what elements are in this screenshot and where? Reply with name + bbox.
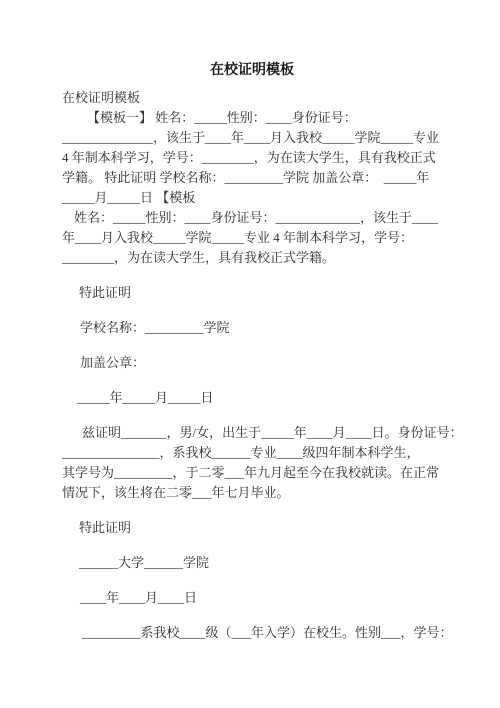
doc-line: 其学号为_________，于二零___年九月起至今在我校就读。在正常 bbox=[62, 463, 442, 483]
doc-line: ________，为在读大学生，具有我校正式学籍。 bbox=[62, 248, 442, 268]
university-college-line: ______大学______学院 bbox=[62, 553, 442, 573]
document-title: 在校证明模板 bbox=[62, 62, 442, 79]
doc-line: _____月_____日 【模板 bbox=[62, 188, 442, 208]
template1-heading-line: 【模板一】 姓名：_____性别：____身份证号： bbox=[62, 108, 442, 128]
date-line: _____年_____月_____日 bbox=[62, 388, 442, 408]
doc-line: 兹证明_______，男/女，出生于_____年____月____日。身份证号： bbox=[62, 423, 442, 443]
doc-subtitle: 在校证明模板 bbox=[62, 88, 442, 108]
doc-line: 情况下，该生将在二零___年七月毕业。 bbox=[62, 483, 442, 503]
document-content: 在校证明模板 在校证明模板 【模板一】 姓名：_____性别：____身份证号：… bbox=[0, 0, 500, 643]
official-seal-line: 加盖公章： bbox=[62, 353, 442, 373]
certify-statement-line: 特此证明 bbox=[62, 283, 442, 303]
doc-line: _______________，系我校______专业____级四年制本科学生， bbox=[62, 443, 442, 463]
date-line: ____年____月____日 bbox=[62, 588, 442, 608]
doc-line: 年____月入我校_____学院_____专业 4 年制本科学习，学号： bbox=[62, 228, 442, 248]
doc-line: _________系我校____级（___年入学）在校生。性别___，学号： bbox=[62, 623, 442, 643]
doc-line: ______________，该生于____年____月入我校_____学院__… bbox=[62, 128, 442, 148]
doc-line: 姓名：_____性别：____身份证号：_____________，该生于___… bbox=[62, 208, 442, 228]
document-page: 在校证明模板 在校证明模板 【模板一】 姓名：_____性别：____身份证号：… bbox=[0, 0, 500, 708]
certify-statement-line: 特此证明 bbox=[62, 518, 442, 538]
doc-line: 学籍。 特此证明 学校名称：_________学院 加盖公章： _____年 bbox=[62, 168, 442, 188]
school-name-line: 学校名称：_________学院 bbox=[62, 318, 442, 338]
doc-line: 4 年制本科学习，学号：________，为在读大学生，具有我校正式 bbox=[62, 148, 442, 168]
